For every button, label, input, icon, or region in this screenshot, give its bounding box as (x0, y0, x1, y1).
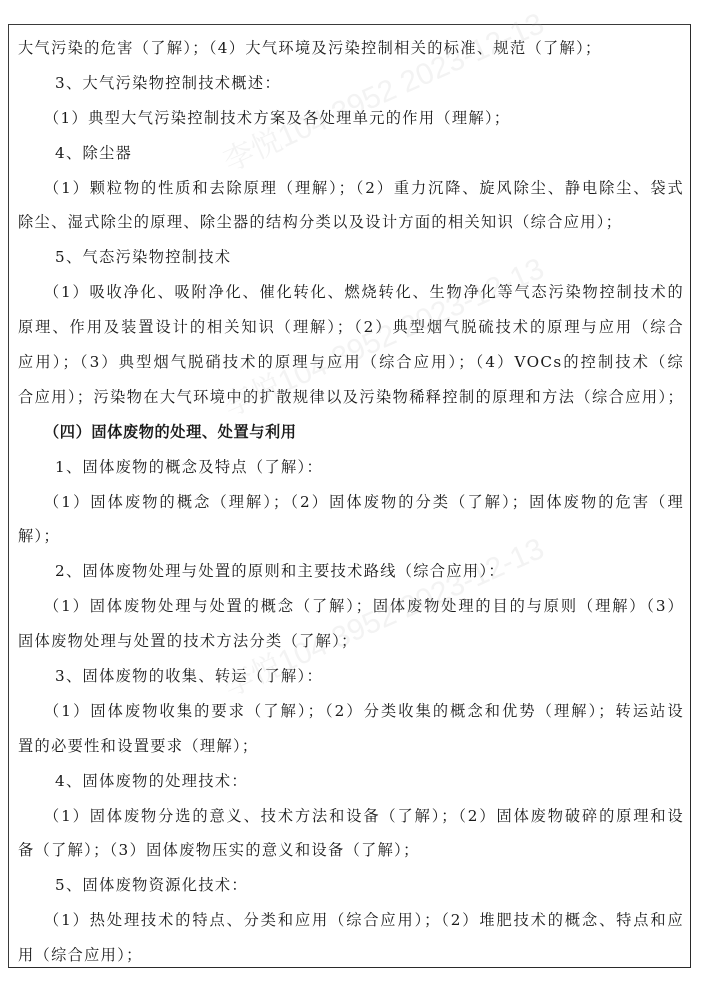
section-heading-3b: 3、固体废物的收集、转运（了解）： (18, 659, 684, 694)
text-line-1: 大气污染的危害（了解）；（4）大气环境及污染控制相关的标准、规范（了解）； (18, 31, 684, 66)
text-line-14: （1）固体废物的概念（理解）；（2）固体废物的分类（了解）；固体废物的危害（理 (18, 485, 684, 520)
document-body: 大气污染的危害（了解）；（4）大气环境及污染控制相关的标准、规范（了解）； 3、… (18, 31, 684, 973)
document-frame: 大气污染的危害（了解）；（4）大气环境及污染控制相关的标准、规范（了解）； 3、… (8, 24, 691, 968)
section-heading-2: 2、固体废物处理与处置的原则和主要技术路线（综合应用）： (18, 554, 684, 589)
text-line-3: （1）典型大气污染控制技术方案及各处理单元的作用（理解）； (18, 101, 684, 136)
text-line-8: （1）吸收净化、吸附净化、催化转化、燃烧转化、生物净化等气态污染物控制技术的 (18, 275, 684, 310)
text-line-6: 除尘、湿式除尘的原理、除尘器的结构分类以及设计方面的相关知识（综合应用）； (18, 205, 684, 240)
text-line-17: （1）固体废物处理与处置的概念（了解）；固体废物处理的目的与原则（理解）（3） (18, 589, 684, 624)
text-line-27: 用（综合应用）； (18, 938, 684, 973)
text-line-5: （1）颗粒物的性质和去除原理（理解）；（2）重力沉降、旋风除尘、静电除尘、袋式 (18, 171, 684, 206)
section-heading-5b: 5、固体废物资源化技术： (18, 868, 684, 903)
section-heading-4b: 4、固体废物的处理技术： (18, 764, 684, 799)
text-line-11: 合应用）；污染物在大气环境中的扩散规律以及污染物稀释控制的原理和方法（综合应用）… (18, 380, 684, 415)
text-line-23: （1）固体废物分选的意义、技术方法和设备（了解）；（2）固体废物破碎的原理和设 (18, 799, 684, 834)
text-line-24: 备（了解）；（3）固体废物压实的意义和设备（了解）； (18, 833, 684, 868)
text-line-20: （1）固体废物收集的要求（了解）；（2）分类收集的概念和优势（理解）；转运站设 (18, 694, 684, 729)
section-heading-1: 1、固体废物的概念及特点（了解）： (18, 450, 684, 485)
section-heading-3: 3、大气污染物控制技术概述： (18, 66, 684, 101)
text-line-26: （1）热处理技术的特点、分类和应用（综合应用）；（2）堆肥技术的概念、特点和应 (18, 903, 684, 938)
chapter-heading-4: （四）固体废物的处理、处置与利用 (18, 415, 684, 450)
text-line-18: 固体废物处理与处置的技术方法分类（了解）； (18, 624, 684, 659)
section-heading-5: 5、气态污染物控制技术 (18, 240, 684, 275)
text-line-9: 原理、作用及装置设计的相关知识（理解）；（2）典型烟气脱硫技术的原理与应用（综合 (18, 310, 684, 345)
text-line-21: 置的必要性和设置要求（理解）； (18, 729, 684, 764)
text-line-10: 应用）；（3）典型烟气脱硝技术的原理与应用（综合应用）；（4）VOCs的控制技术… (18, 345, 684, 380)
text-line-15: 解）； (18, 519, 684, 554)
section-heading-4: 4、除尘器 (18, 136, 684, 171)
